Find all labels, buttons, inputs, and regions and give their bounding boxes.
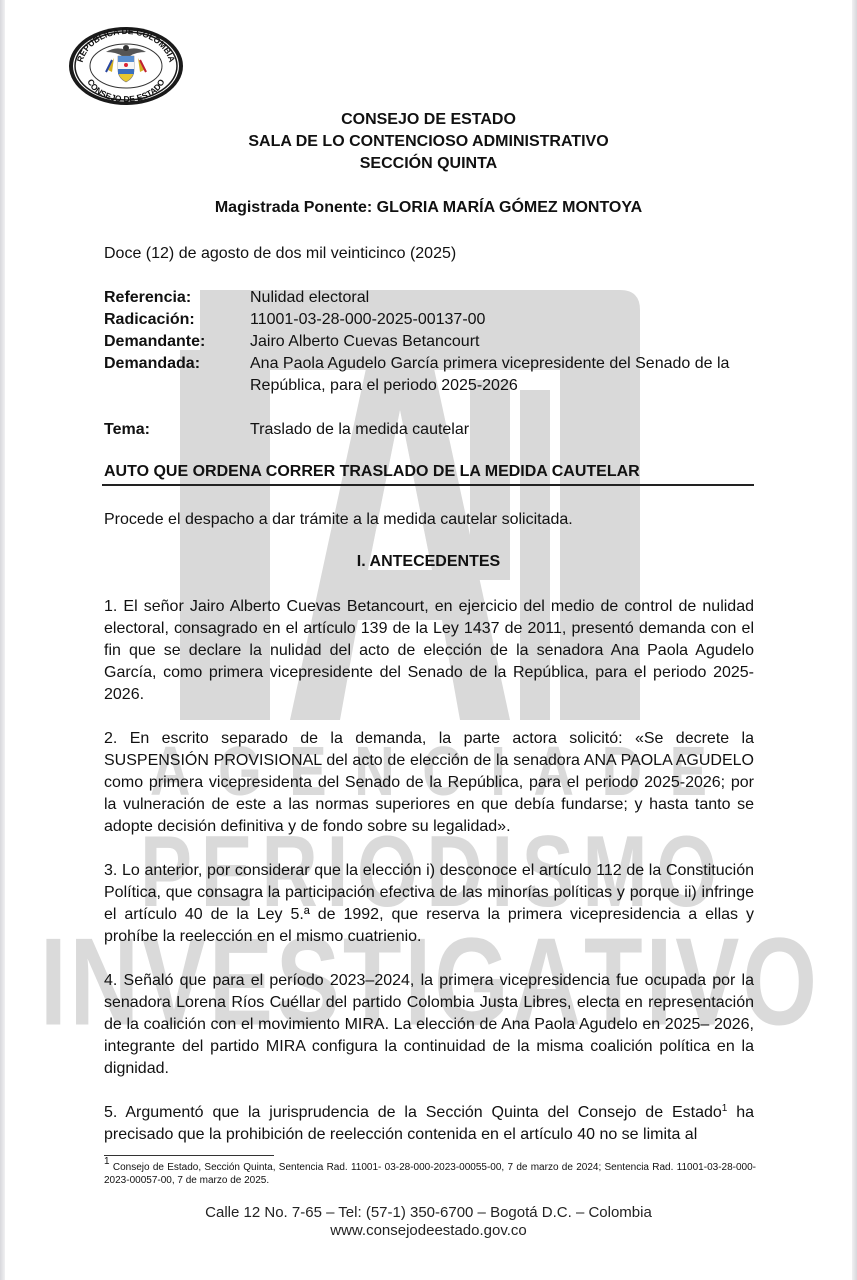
demandante-value: Jairo Alberto Cuevas Betancourt [250, 331, 754, 353]
document-page: REPUBLICA DE COLOMBIA CONSEJO DE ESTADO … [0, 0, 857, 1280]
demandada-row: Demandada: Ana Paola Agudelo García prim… [104, 353, 754, 397]
chamber-name: SALA DE LO CONTENCIOSO ADMINISTRATIVO [0, 133, 857, 151]
document-date: Doce (12) de agosto de dos mil veinticin… [104, 243, 754, 265]
reference-block: Referencia: Nulidad electoral Radicación… [104, 287, 754, 441]
paragraph-4: 4. Señaló que para el período 2023–2024,… [104, 970, 754, 1080]
paragraph-5-text: 5. Argumentó que la jurisprudencia de la… [104, 1104, 722, 1121]
auto-title: AUTO QUE ORDENA CORRER TRASLADO DE LA ME… [104, 463, 640, 481]
demandante-row: Demandante: Jairo Alberto Cuevas Betanco… [104, 331, 754, 353]
footer-address: Calle 12 No. 7-65 – Tel: (57-1) 350-6700… [0, 1204, 857, 1221]
paragraph-2: 2. En escrito separado de la demanda, la… [104, 728, 754, 838]
intro-text: Procede el despacho a dar trámite a la m… [104, 509, 754, 531]
radicacion-row: Radicación: 11001-03-28-000-2025-00137-0… [104, 309, 754, 331]
court-name: CONSEJO DE ESTADO [0, 111, 857, 129]
radicacion-value: 11001-03-28-000-2025-00137-00 [250, 309, 754, 331]
paragraph-3: 3. Lo anterior, por considerar que la el… [104, 860, 754, 948]
demandada-value: Ana Paola Agudelo García primera vicepre… [250, 353, 754, 397]
reference-value: Nulidad electoral [250, 287, 754, 309]
section-name: SECCIÓN QUINTA [0, 155, 857, 173]
tema-row: Tema: Traslado de la medida cautelar [104, 419, 754, 441]
reference-row: Referencia: Nulidad electoral [104, 287, 754, 309]
footnote-separator [104, 1155, 274, 1156]
radicacion-label: Radicación: [104, 309, 250, 331]
magistrada-ponente: Magistrada Ponente: GLORIA MARÍA GÓMEZ M… [0, 199, 857, 217]
consejo-de-estado-seal: REPUBLICA DE COLOMBIA CONSEJO DE ESTADO [68, 26, 184, 106]
title-underline [102, 484, 754, 486]
demandada-label: Demandada: [104, 353, 250, 397]
section-heading-antecedentes: I. ANTECEDENTES [0, 553, 857, 571]
paragraph-1: 1. El señor Jairo Alberto Cuevas Betanco… [104, 596, 754, 706]
tema-value: Traslado de la medida cautelar [250, 419, 754, 441]
footer-website[interactable]: www.consejodeestado.gov.co [0, 1222, 857, 1239]
reference-label: Referencia: [104, 287, 250, 309]
tema-label: Tema: [104, 419, 250, 441]
demandante-label: Demandante: [104, 331, 250, 353]
footnote-text: Consejo de Estado, Sección Quinta, Sente… [104, 1162, 756, 1186]
paragraph-5: 5. Argumentó que la jurisprudencia de la… [104, 1102, 754, 1146]
footnote: 1 Consejo de Estado, Sección Quinta, Sen… [104, 1161, 756, 1187]
